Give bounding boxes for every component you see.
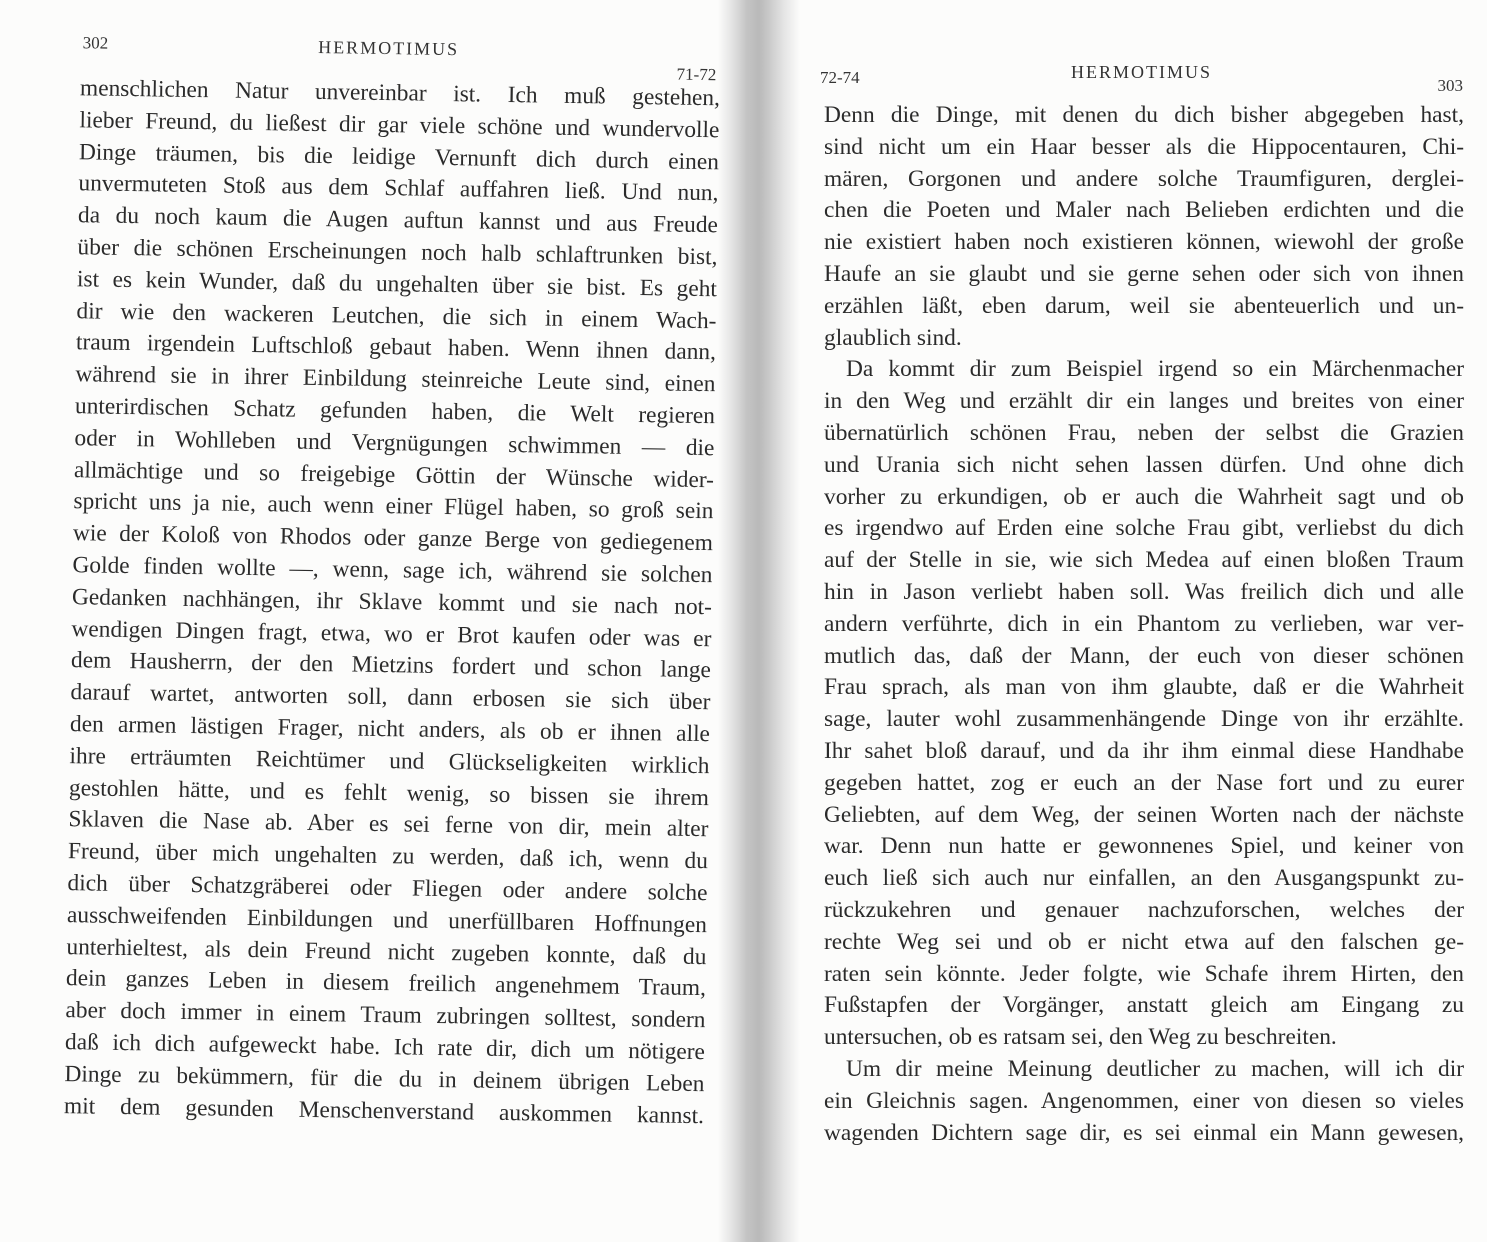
text-line: war. Denn nun hatte er gewonnenes Spiel,… [824, 831, 1464, 863]
text-line: vorher zu erkundigen, ob er auch die Wah… [824, 482, 1464, 514]
text-line: rechte Weg sei und ob er nicht etwa auf … [824, 927, 1464, 959]
text-line: Denn die Dinge, mit denen du dich bisher… [824, 100, 1464, 132]
text-line: chen die Poeten und Maler nach Belieben … [824, 195, 1464, 227]
text-line: Frau sprach, als man von ihm glaubte, da… [824, 672, 1464, 704]
text-line: gegeben hattet, zog er euch an der Nase … [824, 768, 1464, 800]
text-line: Haufe an sie glaubt und sie gerne sehen … [824, 259, 1464, 291]
book-spread: 302 HERMOTIMUS 71-72 menschlichen Natur … [0, 0, 1487, 1242]
text-line: erzählen läßt, eben darum, weil sie aben… [824, 291, 1464, 323]
text-line: rückzukehren und genauer nachzuforschen,… [824, 895, 1464, 927]
text-line: ein Gleichnis sagen. Angenommen, einer v… [824, 1086, 1464, 1118]
text-line: in den Weg und erzählt dir ein langes un… [824, 386, 1464, 418]
text-line: untersuchen, ob es ratsam sei, den Weg z… [824, 1022, 1464, 1054]
text-line: mutlich das, daß der Mann, der euch von … [824, 641, 1464, 673]
text-line: Ihr sahet bloß darauf, und da ihr ihm ei… [824, 736, 1464, 768]
text-line: nie existiert haben noch existieren könn… [824, 227, 1464, 259]
text-line: glaublich sind. [824, 323, 1464, 355]
text-line: übernatürlich schönen Frau, neben der se… [824, 418, 1464, 450]
text-line: auf der Stelle in sie, wie sich Medea au… [824, 545, 1464, 577]
text-line: andern verführte, dich in ein Phantom zu… [824, 609, 1464, 641]
book-gutter [718, 0, 800, 1242]
left-page: 302 HERMOTIMUS 71-72 menschlichen Natur … [30, 0, 729, 1242]
right-running-head: 72-74 HERMOTIMUS 303 [820, 62, 1463, 98]
text-line: sage, lauter wohl zusammenhängende Dinge… [824, 704, 1464, 736]
text-line: wagenden Dichtern sage dir, es sei einma… [824, 1118, 1464, 1150]
text-line: es irgendwo auf Erden eine solche Frau g… [824, 513, 1464, 545]
text-line: sind nicht um ein Haar besser als die Hi… [824, 132, 1464, 164]
text-line: Geliebten, auf dem Weg, der seinen Worte… [824, 800, 1464, 832]
text-line: raten sein könnte. Jeder folgte, wie Sch… [824, 959, 1464, 991]
text-line: und Urania sich nicht sehen lassen dürfe… [824, 450, 1464, 482]
left-running-head: 302 HERMOTIMUS 71-72 [48, 33, 728, 80]
right-body-text: Denn die Dinge, mit denen du dich bisher… [824, 100, 1464, 1149]
running-title: HERMOTIMUS [820, 62, 1463, 83]
text-line: euch ließ sich auch nur einfallen, an de… [824, 863, 1464, 895]
left-body-text: menschlichen Natur unvereinbar ist. Ich … [64, 73, 720, 1132]
text-line: hin in Jason verliebt haben soll. Was fr… [824, 577, 1464, 609]
right-page: 72-74 HERMOTIMUS 303 Denn die Dinge, mit… [820, 0, 1463, 1242]
page-number: 303 [1438, 76, 1464, 96]
paragraph-start-line: Da kommt dir zum Beispiel irgend so ein … [824, 354, 1464, 386]
text-line: mären, Gorgonen und andere solche Traumf… [824, 164, 1464, 196]
text-line: Fußstapfen der Vorgänger, anstatt gleich… [824, 990, 1464, 1022]
paragraph-start-line: Um dir meine Meinung deutlicher zu mache… [824, 1054, 1464, 1086]
running-title: HERMOTIMUS [49, 33, 729, 65]
